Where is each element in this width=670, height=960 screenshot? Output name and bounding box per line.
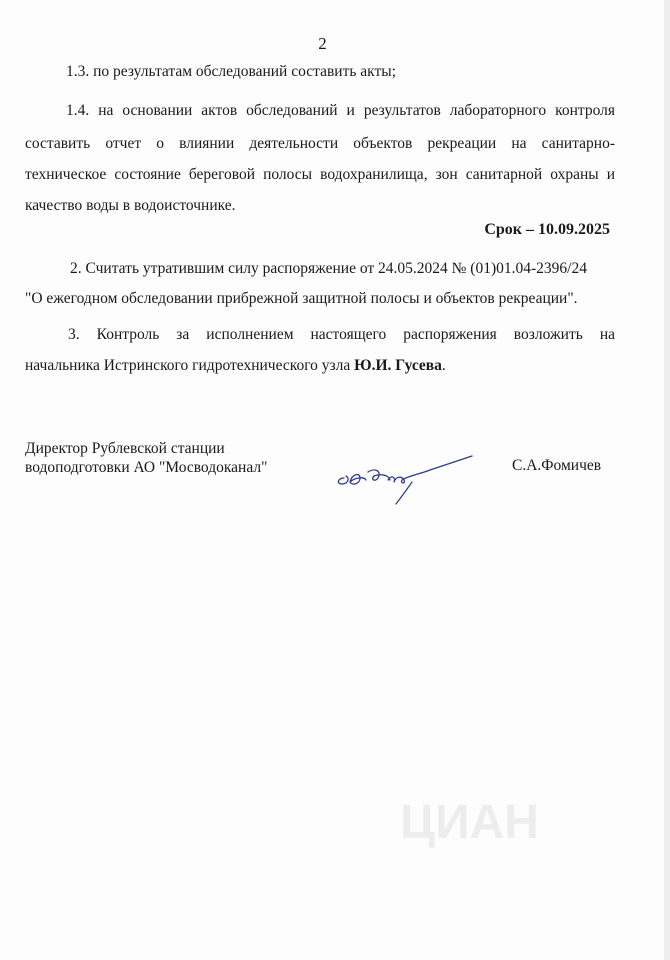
document-page: 2 1.3. по результатам обследований соста… bbox=[0, 0, 670, 960]
item-2-line-2: "О ежегодном обследовании прибрежной защ… bbox=[25, 290, 578, 308]
item-3-suffix: . bbox=[442, 357, 446, 374]
signer-name: С.А.Фомичев bbox=[512, 457, 601, 475]
signatory-title-line-2: водоподготовки АО "Мосводоканал" bbox=[25, 459, 267, 477]
watermark: ЦИАН bbox=[400, 795, 600, 865]
item-3-line-1: 3. Контроль за исполнением настоящего ра… bbox=[68, 326, 615, 344]
item-1-4-line-2: составить отчет о влиянии деятельности о… bbox=[25, 135, 615, 153]
page-edge bbox=[664, 0, 670, 960]
page-number: 2 bbox=[0, 34, 645, 54]
signatory-title-line-1: Директор Рублевской станции bbox=[25, 440, 225, 458]
item-3-prefix: начальника Истринского гидротехнического… bbox=[25, 357, 354, 374]
item-1-3: 1.3. по результатам обследований состави… bbox=[66, 63, 396, 81]
responsible-person: Ю.И. Гусева bbox=[354, 357, 442, 374]
item-3-line-2: начальника Истринского гидротехнического… bbox=[25, 357, 446, 375]
item-2-line-1: 2. Считать утратившим силу распоряжение … bbox=[70, 260, 587, 278]
handwritten-signature-icon bbox=[330, 448, 480, 508]
deadline: Срок – 10.09.2025 bbox=[484, 221, 610, 239]
item-1-4-line-1: 1.4. на основании актов обследований и р… bbox=[66, 102, 615, 120]
item-1-4-line-3: техническое состояние береговой полосы в… bbox=[25, 166, 615, 184]
item-1-4-line-4: качество воды в водоисточнике. bbox=[25, 197, 236, 215]
